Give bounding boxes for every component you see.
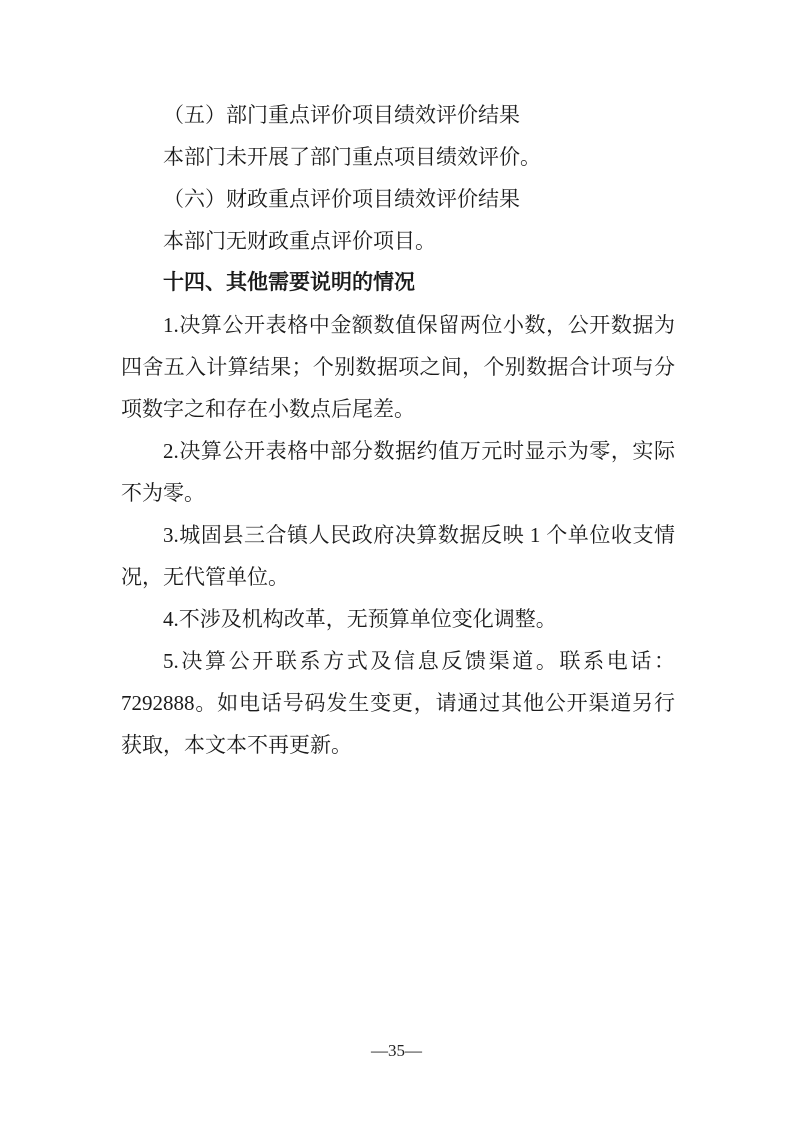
paragraph: 本部门无财政重点评价项目。 — [121, 220, 675, 262]
sub-section-heading: （五）部门重点评价项目绩效评价结果 — [121, 94, 675, 136]
sub-section-heading: （六）财政重点评价项目绩效评价结果 — [121, 178, 675, 220]
paragraph: 3.城固县三合镇人民政府决算数据反映 1 个单位收支情况，无代管单位。 — [121, 514, 675, 598]
paragraph: 1.决算公开表格中金额数值保留两位小数，公开数据为四舍五入计算结果；个别数据项之… — [121, 304, 675, 430]
document-content: （五）部门重点评价项目绩效评价结果本部门未开展了部门重点项目绩效评价。（六）财政… — [121, 94, 675, 766]
section-heading: 十四、其他需要说明的情况 — [121, 262, 675, 304]
paragraph: 5.决算公开联系方式及信息反馈渠道。联系电话：7292888。如电话号码发生变更… — [121, 640, 675, 766]
document-page: （五）部门重点评价项目绩效评价结果本部门未开展了部门重点项目绩效评价。（六）财政… — [0, 0, 793, 1122]
page-number: —35— — [0, 1040, 793, 1062]
paragraph: 2.决算公开表格中部分数据约值万元时显示为零，实际不为零。 — [121, 430, 675, 514]
paragraph: 本部门未开展了部门重点项目绩效评价。 — [121, 136, 675, 178]
paragraph: 4.不涉及机构改革，无预算单位变化调整。 — [121, 598, 675, 640]
